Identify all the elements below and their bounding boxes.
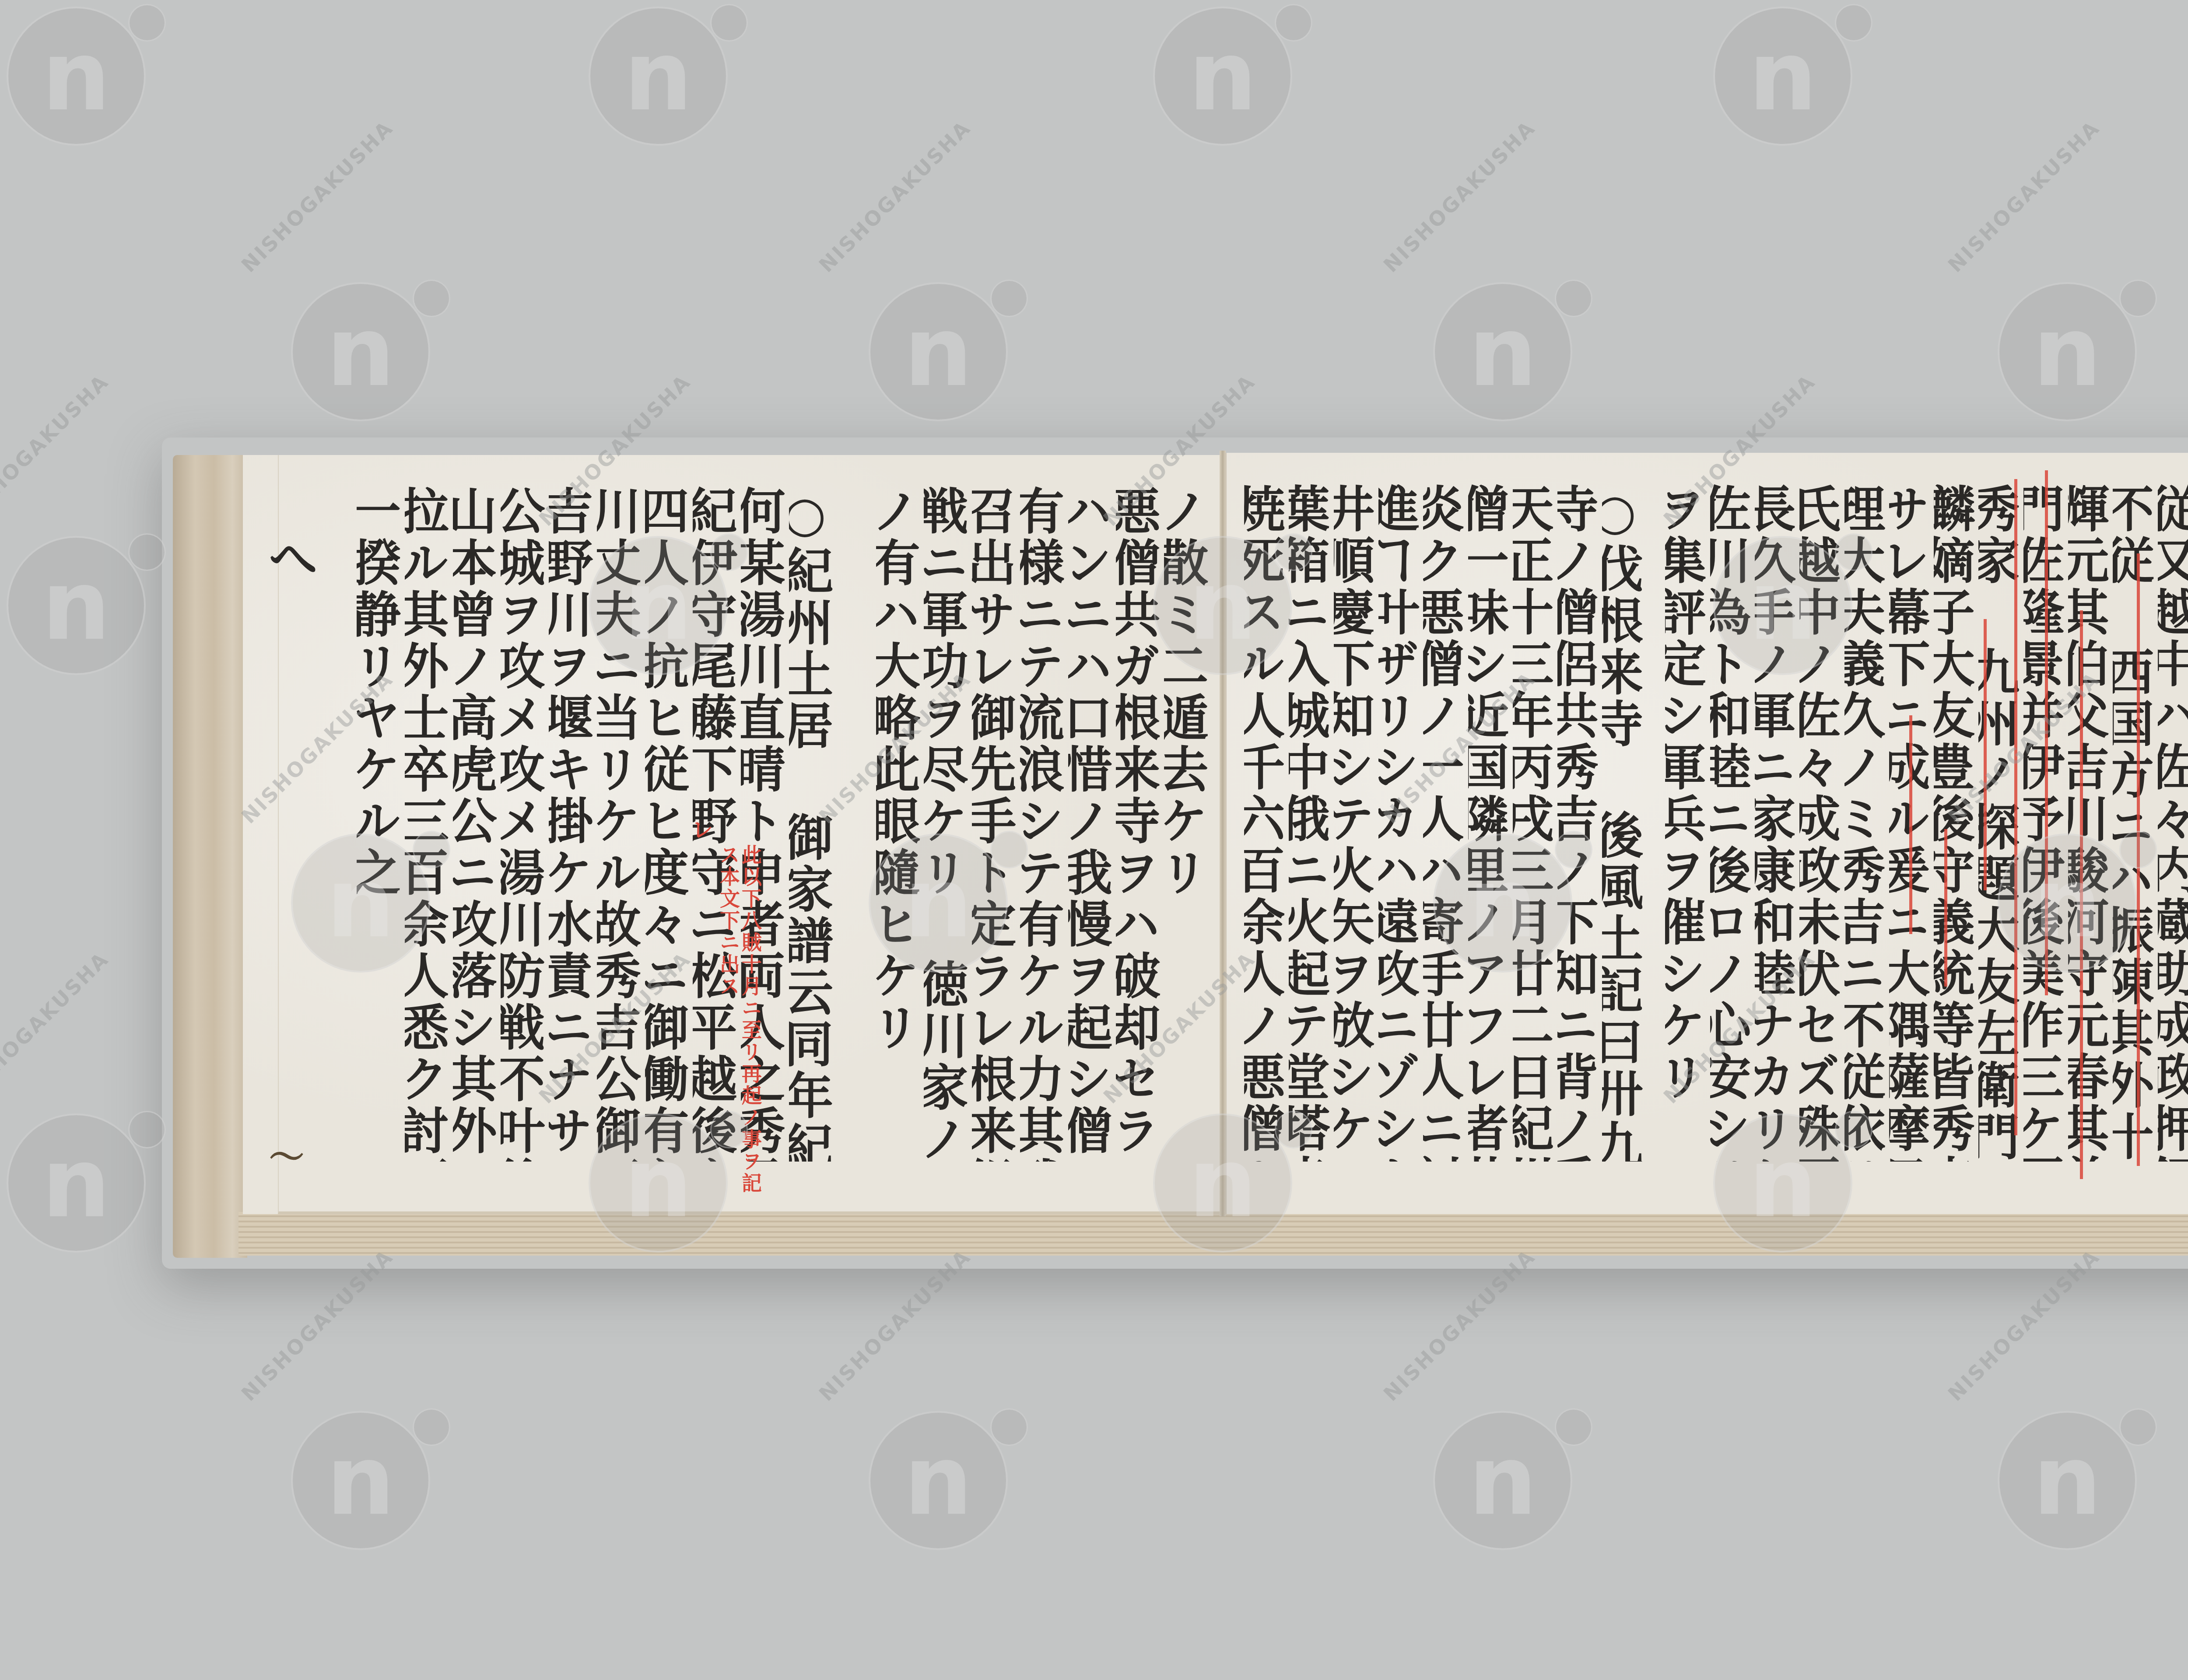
watermark-label: NISHOGAKUSHA: [534, 0, 695, 1]
watermark-glyph: n: [2033, 855, 2102, 951]
watermark-label: NISHOGAKUSHA: [1099, 0, 1260, 1]
watermark-glyph: n: [1749, 557, 1817, 654]
text-column: 不従 西国方ニハ振陳其外十州太守毛利右馬頭: [2113, 483, 2157, 1162]
watermark-glyph: n: [1469, 304, 1537, 400]
watermark-dot: [990, 1408, 1028, 1446]
nishogakusha-watermark-icon: nNISHOGAKUSHA: [1153, 536, 1292, 675]
watermark-glyph: n: [326, 855, 395, 951]
text-column: 拉ル其外士卒三百余人悉ク討死敗ナサレ其後: [405, 486, 453, 1162]
text-column: 炎ク悪僧ノ一人ハ寄手廿人ニ対シケレハ寄手共: [1423, 483, 1468, 1162]
watermark-dot: [710, 533, 748, 571]
text-column: 有様ニテ流浪シテ有ケル力其武勇ヲ撰百余人: [1020, 486, 1068, 1162]
nishogakusha-watermark-icon: nNISHOGAKUSHA: [291, 1411, 430, 1550]
watermark-glyph: n: [1189, 1135, 1257, 1231]
watermark-dot: [1835, 1111, 1872, 1148]
text-column: 公城ヲ攻メ攻メ湯川防戦不叶後降参シ大分: [501, 486, 549, 1162]
watermark-dot: [1555, 280, 1592, 317]
watermark-glyph: n: [624, 557, 693, 654]
watermark-glyph: n: [1469, 1432, 1537, 1529]
nishogakusha-watermark-icon: nNISHOGAKUSHA: [1998, 833, 2137, 973]
nishogakusha-watermark-icon: nNISHOGAKUSHA: [1433, 833, 1572, 973]
red-annotation: 此以下八賊十月ニ至リ再起ノ事ヲ記ス本文下ニ出ス: [718, 844, 761, 1214]
watermark-dot: [1835, 4, 1872, 42]
nishogakusha-watermark-icon: nNISHOGAKUSHA: [1713, 536, 1852, 675]
nishogakusha-watermark-icon: nNISHOGAKUSHA: [1153, 1113, 1292, 1253]
text-column: ノ有ハ大略此眼隨ヒケリ: [876, 486, 924, 1162]
text-column: 山本曾ノ高虎公ニ攻落シ其外: [453, 486, 501, 1162]
watermark-glyph: n: [326, 304, 395, 400]
watermark-dot: [413, 1408, 450, 1446]
column-spacer: [837, 486, 876, 1162]
column-spacer: [1647, 483, 1665, 1162]
watermark-label: NISHOGAKUSHA: [0, 370, 113, 531]
text-column: 井順慶下知シテ火矢ヲ放シケルニ其火矢狭炮ノ: [1334, 483, 1378, 1162]
red-underline: [1944, 829, 1947, 987]
margin-mark-bottom: 〜: [269, 1129, 304, 1179]
watermark-glyph: n: [904, 304, 973, 400]
watermark-label: NISHOGAKUSHA: [0, 0, 113, 1]
nishogakusha-watermark-icon: nNISHOGAKUSHA: [1998, 1411, 2137, 1550]
nishogakusha-watermark-icon: nNISHOGAKUSHA: [1153, 7, 1292, 146]
nishogakusha-watermark-icon: nNISHOGAKUSHA: [1433, 1411, 1572, 1550]
text-column: 戦ニ軍功ヲ尽ケリ 徳川家ノ御家人ニ根来氏: [924, 486, 972, 1162]
nishogakusha-watermark-icon: nNISHOGAKUSHA: [869, 1411, 1008, 1550]
watermark-glyph: n: [624, 28, 693, 124]
watermark-dot: [413, 831, 450, 868]
watermark-dot: [1555, 1408, 1592, 1446]
nishogakusha-watermark-icon: nNISHOGAKUSHA: [589, 536, 728, 675]
watermark-dot: [710, 1111, 748, 1148]
watermark-label: NISHOGAKUSHA: [1659, 0, 1820, 1]
watermark-label: NISHOGAKUSHA: [237, 116, 398, 277]
red-underline: [1984, 619, 1987, 890]
watermark-dot: [1275, 533, 1312, 571]
watermark-dot: [128, 4, 166, 42]
text-column: 輝元其伯父吉川駿河守元春其弟小早川左衛門: [2068, 483, 2113, 1162]
section-heading-column: ○伐根来寺 後風土記曰卅九巻 紀州根来: [1602, 483, 1647, 1162]
right-page: 従又越中ハ佐々内蔵助成政押領シ未秀吉ニ 不従 西国方ニハ振陳其外十州太守毛利右馬…: [1225, 453, 2188, 1214]
watermark-dot: [2119, 1408, 2157, 1446]
nishogakusha-watermark-icon: nNISHOGAKUSHA: [7, 536, 146, 675]
nishogakusha-watermark-icon: nNISHOGAKUSHA: [869, 282, 1008, 421]
watermark-glyph: n: [1189, 557, 1257, 654]
red-underline: [2014, 479, 2017, 1135]
watermark-dot: [2119, 280, 2157, 317]
watermark-dot: [128, 533, 166, 571]
text-column: 理大夫義久ノミ秀吉ニ不従依テ島津ヲ攻ント思ヘ: [1844, 483, 1889, 1162]
red-mark: レ: [685, 818, 716, 842]
watermark-dot: [413, 280, 450, 317]
text-column: ハンニハ口惜ノ我慢ヲ起シ僧ニモ非ズ僧ニモ非ズ蝙蝠ノ: [1068, 486, 1116, 1162]
watermark-dot: [128, 1111, 166, 1148]
left-cover-edge: [173, 455, 247, 1258]
text-column: 従又越中ハ佐々内蔵助成政押領シ未秀吉ニ: [2158, 483, 2188, 1162]
watermark-glyph: n: [2033, 304, 2102, 400]
watermark-dot: [990, 831, 1028, 868]
nishogakusha-watermark-icon: nNISHOGAKUSHA: [1713, 7, 1852, 146]
text-column: 僧一味シ近国隣里ノアフレ者共悉ク召集防戦甚: [1468, 483, 1513, 1162]
watermark-glyph: n: [42, 557, 111, 654]
nishogakusha-watermark-icon: nNISHOGAKUSHA: [589, 1113, 728, 1253]
text-column: 一揆静リヤケル之: [357, 486, 405, 1162]
left-page-text: ノ散ミ二遁去ケリ 悪僧共ガ根来寺ヲハ破却セラレ今更ノ高野ニモ従 ハンニハ口惜ノ我…: [357, 486, 1212, 1162]
red-underline: [1909, 715, 1912, 934]
watermark-glyph: n: [1749, 28, 1817, 124]
nishogakusha-watermark-icon: nNISHOGAKUSHA: [7, 1113, 146, 1253]
watermark-glyph: n: [904, 855, 973, 951]
watermark-glyph: n: [624, 1135, 693, 1231]
watermark-label: NISHOGAKUSHA: [0, 947, 113, 1108]
text-column: 召出サレ御先手ト定ラレ根来組ト称シ度々御合: [972, 486, 1020, 1162]
watermark-glyph: n: [1189, 28, 1257, 124]
watermark-label: NISHOGAKUSHA: [814, 116, 975, 277]
text-column: 寺ノ僧侶共秀吉ノ下知ニ背ノ秀吉多勢ヲ率シ: [1557, 483, 1602, 1162]
watermark-glyph: n: [904, 1432, 973, 1529]
nishogakusha-watermark-icon: nNISHOGAKUSHA: [589, 7, 728, 146]
watermark-glyph: n: [1469, 855, 1537, 951]
nishogakusha-watermark-icon: nNISHOGAKUSHA: [1998, 282, 2137, 421]
nishogakusha-watermark-icon: nNISHOGAKUSHA: [291, 833, 430, 973]
watermark-dot: [1275, 4, 1312, 42]
nishogakusha-watermark-icon: nNISHOGAKUSHA: [1433, 282, 1572, 421]
watermark-glyph: n: [42, 28, 111, 124]
watermark-dot: [1835, 533, 1872, 571]
nishogakusha-watermark-icon: nNISHOGAKUSHA: [291, 282, 430, 421]
watermark-label: NISHOGAKUSHA: [1379, 116, 1540, 277]
nishogakusha-watermark-icon: nNISHOGAKUSHA: [1713, 1113, 1852, 1253]
watermark-label: NISHOGAKUSHA: [1943, 116, 2104, 277]
margin-mark-top: へ: [269, 521, 317, 590]
nishogakusha-watermark-icon: nNISHOGAKUSHA: [869, 833, 1008, 973]
text-column: 天正十三年丙戌三月廿二日紀州ニ至リ彼寺ヲ攻ルニ悪: [1513, 483, 1557, 1162]
watermark-dot: [1555, 831, 1592, 868]
watermark-dot: [990, 280, 1028, 317]
watermark-glyph: n: [1749, 1135, 1817, 1231]
nishogakusha-watermark-icon: nNISHOGAKUSHA: [7, 7, 146, 146]
watermark-dot: [2119, 831, 2157, 868]
watermark-glyph: n: [42, 1135, 111, 1231]
watermark-dot: [1275, 1111, 1312, 1148]
text-column: 葉箱ニ入城中俄ニ火起テ堂塔寺坊焦土ト成ル: [1289, 483, 1333, 1162]
watermark-glyph: n: [2033, 1432, 2102, 1529]
watermark-dot: [710, 4, 748, 42]
watermark-glyph: n: [326, 1432, 395, 1529]
